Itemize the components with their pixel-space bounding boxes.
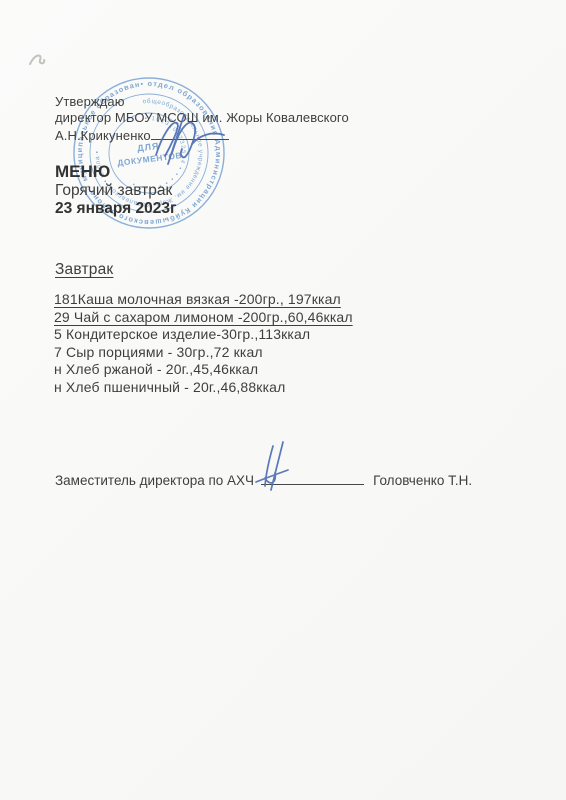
footer-signature-line	[261, 471, 364, 485]
scanned-menu-document: • отдел образования Администрации Куйбыш…	[0, 0, 566, 800]
document-title: МЕНЮ	[55, 162, 110, 182]
document-date: 23 января 2023г	[55, 200, 176, 218]
menu-item: 29 Чай с сахаром лимоном -200гр.,60,46кк…	[54, 309, 353, 327]
approval-signature-row: А.Н.Крикуненко	[55, 126, 349, 144]
menu-item: 181Каша молочная вязкая -200гр., 197ккал	[54, 291, 353, 309]
menu-item: 5 Кондитерское изделие-30гр.,113ккал	[54, 326, 353, 344]
menu-item: н Хлеб ржаной - 20г.,45,46ккал	[54, 361, 353, 379]
footer-signature-row: Заместитель директора по АХЧ Головченко …	[55, 471, 472, 488]
deputy-director-name: Головченко Т.Н.	[373, 473, 472, 488]
approval-signature-line	[151, 126, 229, 140]
menu-item: 7 Сыр порциями - 30гр.,72 ккал	[54, 344, 353, 362]
document-subtitle: Горячий завтрак	[55, 182, 172, 200]
deputy-director-label: Заместитель директора по АХЧ	[55, 473, 254, 488]
menu-item: н Хлеб пшеничный - 20г.,46,88ккал	[54, 379, 353, 397]
stamp-center-line2: ДОКУМЕНТОВ	[117, 150, 183, 168]
approval-block: Утверждаю директор МБОУ МСОШ им. Жоры Ко…	[55, 94, 349, 144]
scan-smudge-artifact	[26, 50, 48, 70]
approval-director-line: директор МБОУ МСОШ им. Жоры Ковалевского	[55, 110, 349, 126]
approval-director-name: А.Н.Крикуненко	[55, 128, 151, 143]
menu-item-list: 181Каша молочная вязкая -200гр., 197ккал…	[54, 291, 353, 396]
section-header-breakfast: Завтрак	[55, 261, 113, 279]
approval-word: Утверждаю	[55, 94, 349, 110]
